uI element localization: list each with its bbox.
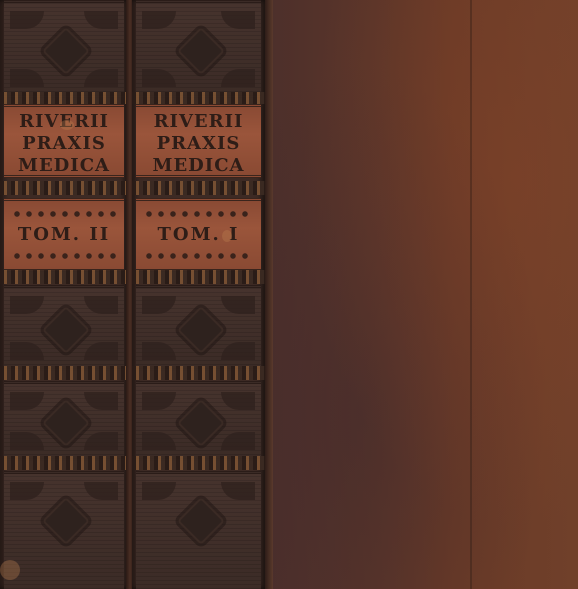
tooled-panel <box>136 285 261 371</box>
corner-ornament-icon <box>221 482 255 500</box>
raised-band <box>132 456 265 470</box>
raised-band <box>132 92 265 104</box>
lozenge-ornament-icon <box>42 27 90 75</box>
tooled-panel-top <box>136 0 261 98</box>
tooled-panel-bottom <box>4 471 124 589</box>
tome-label: TOM. II <box>4 198 124 272</box>
tooled-panel-top <box>4 0 124 98</box>
title-line: MEDICA <box>4 155 124 177</box>
corner-ornament-icon <box>10 342 44 360</box>
title-label: RIVERII PRAXIS MEDICA <box>136 104 261 178</box>
corner-ornament-icon <box>142 342 176 360</box>
raised-band <box>0 366 128 380</box>
title-line: MEDICA <box>136 155 261 177</box>
corner-ornament-icon <box>84 342 118 360</box>
lozenge-ornament-icon <box>176 27 224 75</box>
raised-band <box>132 181 265 195</box>
corner-ornament-icon <box>84 392 118 410</box>
lozenge-ornament-icon <box>176 399 224 447</box>
cover-hinge <box>265 0 273 589</box>
tooled-panel <box>4 381 124 461</box>
raised-band <box>0 181 128 195</box>
corner-ornament-icon <box>10 392 44 410</box>
wear-mark <box>60 120 74 130</box>
corner-ornament-icon <box>142 432 176 450</box>
corner-ornament-icon <box>142 296 176 314</box>
lozenge-ornament-icon <box>176 306 224 354</box>
raised-band <box>132 366 265 380</box>
corner-ornament-icon <box>142 11 176 29</box>
title-line: RIVERII <box>136 111 261 133</box>
tooled-panel-bottom <box>136 471 261 589</box>
corner-ornament-icon <box>10 482 44 500</box>
spine-volume-1: RIVERII PRAXIS MEDICA TOM. I <box>132 0 265 589</box>
corner-ornament-icon <box>142 482 176 500</box>
tome-label: TOM. I <box>136 198 261 272</box>
lozenge-ornament-icon <box>42 399 90 447</box>
title-label: RIVERII PRAXIS MEDICA <box>4 104 124 178</box>
wear-mark <box>222 230 232 242</box>
cover-crease <box>470 0 472 589</box>
corner-ornament-icon <box>221 342 255 360</box>
corner-ornament-icon <box>221 392 255 410</box>
corner-ornament-icon <box>10 296 44 314</box>
leather-cover <box>265 0 578 589</box>
corner-ornament-icon <box>221 11 255 29</box>
corner-ornament-icon <box>10 69 44 87</box>
corner-ornament-icon <box>84 296 118 314</box>
corner-ornament-icon <box>10 11 44 29</box>
lozenge-ornament-icon <box>42 497 90 545</box>
lozenge-ornament-icon <box>176 497 224 545</box>
corner-ornament-icon <box>221 69 255 87</box>
tooled-panel <box>136 381 261 461</box>
corner-ornament-icon <box>84 69 118 87</box>
raised-band <box>0 270 128 284</box>
corner-ornament-icon <box>142 69 176 87</box>
wear-mark <box>0 560 20 580</box>
corner-ornament-icon <box>221 296 255 314</box>
tooled-panel <box>4 285 124 371</box>
title-line: PRAXIS <box>136 133 261 155</box>
corner-ornament-icon <box>10 432 44 450</box>
raised-band <box>0 456 128 470</box>
raised-band <box>0 92 128 104</box>
raised-band <box>132 270 265 284</box>
corner-ornament-icon <box>84 432 118 450</box>
corner-ornament-icon <box>221 432 255 450</box>
book-photo: RIVERII PRAXIS MEDICA TOM. II <box>0 0 578 589</box>
corner-ornament-icon <box>84 482 118 500</box>
lozenge-ornament-icon <box>42 306 90 354</box>
corner-ornament-icon <box>142 392 176 410</box>
spine-volume-2: RIVERII PRAXIS MEDICA TOM. II <box>0 0 128 589</box>
title-line: PRAXIS <box>4 133 124 155</box>
corner-ornament-icon <box>84 11 118 29</box>
